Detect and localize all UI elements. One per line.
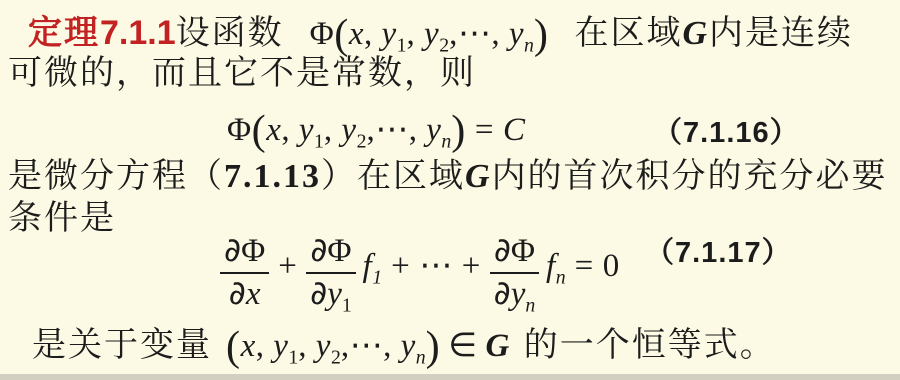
fraction-dphi-dx: ∂Φ∂x xyxy=(220,232,269,313)
var-x: x xyxy=(241,328,256,364)
right-paren: ) xyxy=(451,107,466,154)
partial-symbol: ∂ xyxy=(494,273,511,312)
variables-tuple: (x, y1, y2,⋯, yn)∈G xyxy=(226,328,510,364)
in-region-text: 在区域 xyxy=(357,158,465,195)
var-x: x xyxy=(266,112,281,148)
equation-label-717: （7.1.17） xyxy=(645,230,792,271)
comma: , xyxy=(409,112,418,148)
subscript-1: 1 xyxy=(314,130,324,152)
plus-sign: + xyxy=(278,248,297,284)
comma: , xyxy=(449,16,458,52)
identity-text: 的一个恒等式。 xyxy=(524,327,776,364)
comma: , xyxy=(324,112,333,148)
cdots-symbol: ⋯ xyxy=(375,109,409,148)
comma: , xyxy=(407,16,416,52)
var-y2: y xyxy=(341,112,356,148)
cdots-symbol: ⋯ xyxy=(350,325,384,364)
phi-symbol: Φ xyxy=(241,233,265,269)
var-yn: y xyxy=(426,112,441,148)
function-fn: fn xyxy=(546,248,566,284)
phi-symbol: Φ xyxy=(310,16,335,52)
equals-sign: = xyxy=(475,112,494,148)
region-G-symbol: G xyxy=(682,15,709,52)
right-paren: ) xyxy=(534,11,549,58)
first-integral-text: 内的首次积分的充分必要 xyxy=(492,158,888,195)
theorem-label: 定理 xyxy=(28,15,100,52)
phi-symbol: Φ xyxy=(511,233,535,269)
partial-symbol: ∂ xyxy=(224,230,241,269)
subscript-1: 1 xyxy=(342,295,352,317)
function-f1: f1 xyxy=(363,248,383,284)
differentiable-text: 可微的，而且它不是常数，则 xyxy=(8,55,476,92)
comma: , xyxy=(491,16,500,52)
var-y2: y xyxy=(424,16,439,52)
plus-sign: + xyxy=(391,248,410,284)
comma: , xyxy=(364,16,373,52)
comma: , xyxy=(256,328,265,364)
equation-717-formula: ∂Φ∂x+∂Φ∂y1f1+⋯+∂Φ∂ynfn=0 xyxy=(220,232,620,313)
theorem-statement-line-4: 条件是 xyxy=(8,199,116,240)
element-of-symbol: ∈ xyxy=(448,325,477,364)
phi-symbol: Φ xyxy=(227,112,252,148)
var-y1: y xyxy=(299,112,314,148)
var-x: x xyxy=(246,276,261,312)
cdots-symbol: ⋯ xyxy=(458,13,492,52)
var-y: y xyxy=(327,276,342,312)
theorem-number: 7.1.1 xyxy=(100,14,176,52)
left-paren: ( xyxy=(334,11,349,58)
ref-open-paren: （ xyxy=(188,158,224,195)
theorem-statement-line-3: 是微分方程（7.1.13）在区域G内的首次积分的充分必要 xyxy=(8,157,888,198)
cdots-symbol: ⋯ xyxy=(419,245,453,284)
var-f: f xyxy=(546,248,556,284)
partial-symbol: ∂ xyxy=(229,273,246,312)
var-x: x xyxy=(349,16,364,52)
region-G-symbol: G xyxy=(465,158,492,195)
continuous-text: 内是连续 xyxy=(709,15,853,52)
fraction-dphi-dyn: ∂Φ∂yn xyxy=(490,232,539,313)
subscript-n: n xyxy=(441,130,451,152)
is-ode-text: 是微分方程 xyxy=(8,158,188,195)
condition-text: 条件是 xyxy=(8,200,116,237)
partial-symbol: ∂ xyxy=(494,230,511,269)
subscript-n: n xyxy=(556,267,566,289)
theorem-statement-line-5: 是关于变量(x, y1, y2,⋯, yn)∈G的一个恒等式。 xyxy=(32,322,776,373)
comma: , xyxy=(366,112,375,148)
theorem-slide: 定理7.1.1设函数Φ(x, y1, y2,⋯, yn)在区域G内是连续 可微的… xyxy=(0,0,900,380)
about-variables-text: 是关于变量 xyxy=(32,327,212,364)
subscript-1: 1 xyxy=(288,346,298,368)
in-region-text: 在区域 xyxy=(574,15,682,52)
var-f: f xyxy=(363,248,373,284)
right-paren: ) xyxy=(426,323,441,370)
equation-ref-7113: 7.1.13 xyxy=(224,158,321,195)
equals-sign: = xyxy=(575,248,594,284)
comma: , xyxy=(341,328,350,364)
subscript-n: n xyxy=(416,346,426,368)
left-paren: ( xyxy=(226,323,241,370)
set-function-text: 设函数 xyxy=(176,15,284,52)
comma: , xyxy=(298,328,307,364)
subscript-n: n xyxy=(525,295,535,317)
subscript-2: 2 xyxy=(357,130,367,152)
var-yn: y xyxy=(401,328,416,364)
var-yn: y xyxy=(509,16,524,52)
constant-C: C xyxy=(503,112,526,148)
region-G-symbol: G xyxy=(485,328,509,364)
subscript-2: 2 xyxy=(331,346,341,368)
comma: , xyxy=(281,112,290,148)
comma: , xyxy=(383,328,392,364)
partial-symbol: ∂ xyxy=(310,273,327,312)
partial-symbol: ∂ xyxy=(310,230,327,269)
equation-label-716: （7.1.16） xyxy=(653,110,800,151)
zero-value: 0 xyxy=(603,248,620,284)
equation-716-formula: Φ(x, y1, y2,⋯, yn)=C xyxy=(227,106,525,155)
var-y1: y xyxy=(273,328,288,364)
left-paren: ( xyxy=(252,107,267,154)
theorem-statement-line-2: 可微的，而且它不是常数，则 xyxy=(8,54,476,95)
plus-sign: + xyxy=(462,248,481,284)
slide-bottom-edge xyxy=(0,374,900,380)
var-y1: y xyxy=(381,16,396,52)
var-y2: y xyxy=(316,328,331,364)
phi-function-inline: Φ(x, y1, y2,⋯, yn) xyxy=(310,16,549,52)
subscript-n: n xyxy=(524,34,534,56)
phi-symbol: Φ xyxy=(327,233,351,269)
var-y: y xyxy=(511,276,526,312)
fraction-dphi-dy1: ∂Φ∂y1 xyxy=(306,232,355,313)
ref-close-paren: ） xyxy=(321,158,357,195)
subscript-1: 1 xyxy=(372,267,382,289)
